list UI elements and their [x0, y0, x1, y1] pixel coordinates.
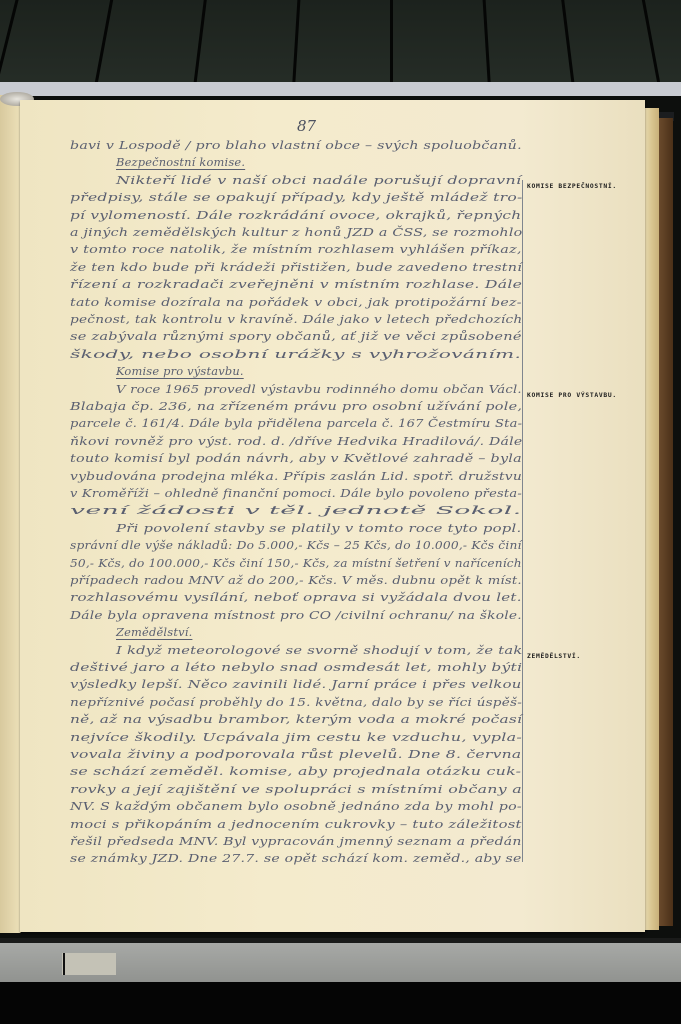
shelf-slat	[640, 0, 663, 88]
text-line: nejvíce škodily. Ucpávala jim cestu ke v…	[70, 730, 522, 744]
background-shelf	[0, 0, 681, 88]
scanner-tray-top	[0, 82, 681, 96]
text-line: pečnost, tak kontrolu v kravíně. Dále ja…	[70, 312, 522, 326]
text-line: škody, nebo osobní urážky s vyhrožováním…	[70, 347, 521, 361]
text-line: bavi v Lospodě / pro blaho vlastní obce …	[70, 138, 522, 152]
text-line: nepříznivé počasí proběhly do 15. května…	[70, 695, 522, 709]
shelf-slat	[0, 0, 21, 88]
text-line: řízení a rozkradači zveřejněni v místním…	[70, 277, 522, 291]
text-line: Nikteří lidé v naší obci nadále porušují…	[116, 173, 521, 187]
page-number: 87	[297, 117, 316, 135]
page-stack-edge	[645, 108, 659, 930]
shelf-slat	[291, 0, 301, 88]
text-line: v tomto roce natolik, že místním rozhlas…	[70, 242, 522, 256]
section-heading: Komise pro výstavbu.	[116, 364, 244, 378]
text-line: ňkovi rovněž pro výst. rod. d. /dříve He…	[70, 434, 522, 448]
margin-note: KOMISE PRO VÝSTAVBU.	[527, 392, 617, 399]
text-line: se zabývala různými spory občanů, ať již…	[70, 329, 522, 343]
section-heading: Zemědělství.	[116, 625, 192, 639]
text-line: tato komise dozírala na pořádek v obci, …	[70, 295, 522, 309]
text-line: touto komisí byl podán návrh, aby v Květ…	[70, 451, 522, 465]
floor	[0, 982, 681, 1024]
section-heading: Bezpečnostní komise.	[116, 155, 245, 169]
shelf-slat	[92, 0, 115, 88]
text-line: rovky a její zajištění ve spolupráci s m…	[70, 782, 522, 796]
text-line: 50,- Kčs, do 100.000,- Kčs činí 150,- Kč…	[70, 556, 522, 570]
text-line: se známky JZD. Dne 27.7. se opět schází …	[70, 851, 522, 865]
text-line: V roce 1965 provedl výstavbu rodinného d…	[116, 382, 522, 396]
shelf-slat	[192, 0, 208, 88]
text-line: výsledky lepší. Něco zavinili lidé. Jarn…	[70, 677, 522, 691]
text-line: řešil předseda MNV. Byl vypracován jmenn…	[70, 834, 522, 848]
book-cover	[659, 118, 673, 926]
text-line: předpisy, stále se opakují případy, kdy …	[70, 190, 522, 204]
text-line: v Kroměříži – ohledně finanční pomoci. D…	[70, 486, 522, 500]
shelf-slat	[390, 0, 393, 88]
text-line: správní dle výše nákladů: Do 5.000,- Kčs…	[70, 538, 522, 552]
text-line: případech radou MNV až do 200,- Kčs. V m…	[70, 573, 522, 587]
left-page-edge	[0, 95, 21, 933]
margin-note: KOMISE BEZPEČNOSTNÍ.	[527, 183, 617, 190]
text-line: se schází zeměděl. komise, aby projednal…	[70, 764, 521, 778]
tray-mark	[63, 953, 65, 975]
text-line: Při povolení stavby se platily v tomto r…	[116, 521, 522, 535]
text-line: moci s přikopáním a jednocením cukrovky …	[70, 817, 522, 831]
text-line: deštivé jaro a léto nebylo snad osmdesát…	[70, 660, 522, 674]
tray-label	[62, 953, 116, 975]
text-line: I když meteorologové se svorně shodují v…	[116, 643, 522, 657]
margin-note: ZEMĚDĚLSTVÍ.	[527, 653, 581, 660]
text-line: a jiných zemědělských kultur z honů JZD …	[70, 225, 522, 239]
text-line: rozhlasovému vysílání, neboť oprava si v…	[70, 590, 522, 604]
text-line: pí vylomeností. Dále rozkrádání ovoce, o…	[70, 208, 521, 222]
text-line: vení žádosti v těl. jednotě Sokol.	[70, 503, 522, 517]
shelf-slat	[560, 0, 576, 88]
shelf-slat	[482, 0, 492, 88]
text-line: ně, až na výsadbu brambor, kterým voda a…	[70, 712, 522, 726]
text-line: parcele č. 161/4. Dále byla přidělena pa…	[70, 416, 522, 430]
text-line: vovala živiny a podporovala růst plevelů…	[70, 747, 521, 761]
text-line: Dále byla opravena místnost pro CO /civi…	[70, 608, 522, 622]
text-line: že ten kdo bude při krádeži přistižen, b…	[70, 260, 522, 274]
text-line: NV. S každým občanem bylo osobně jednáno…	[70, 799, 522, 813]
text-line: Blabaja čp. 236, na zřízeném právu pro o…	[70, 399, 522, 413]
text-line: vybudována prodejna mléka. Přípis zaslán…	[70, 469, 522, 483]
